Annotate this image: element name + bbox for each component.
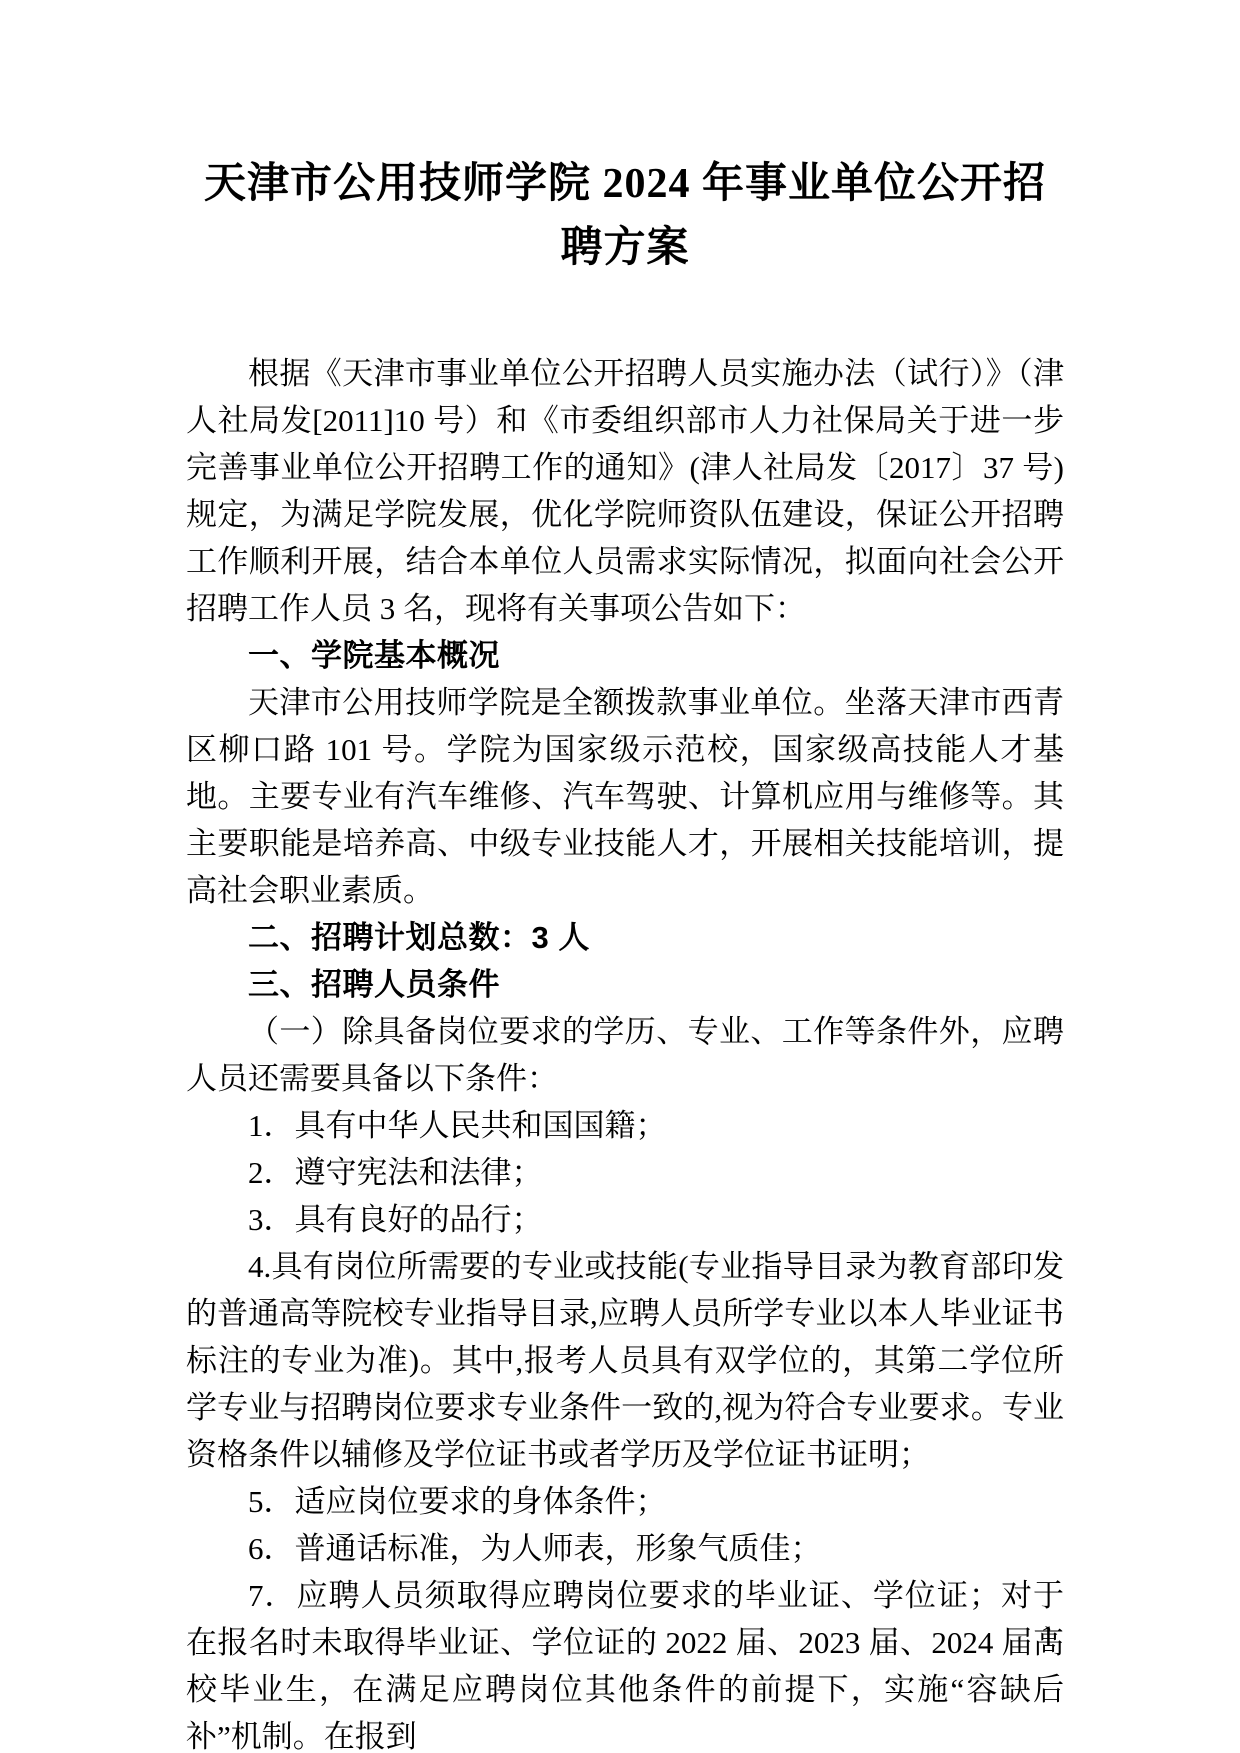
section-heading: 一、学院基本概况 [186,632,1064,679]
paragraph: 根据《天津市事业单位公开招聘人员实施办法（试行）》（津人社局发[2011]10 … [186,350,1064,632]
paragraph: 4.具有岗位所需要的专业或技能(专业指导目录为教育部印发的普通高等院校专业指导目… [186,1243,1064,1478]
paragraph: 5．适应岗位要求的身体条件； [186,1478,1064,1525]
page-number: 1 [1030,1618,1066,1656]
paragraph: 天津市公用技师学院是全额拨款事业单位。坐落天津市西青区柳口路 101 号。学院为… [186,679,1064,914]
document-body: 根据《天津市事业单位公开招聘人员实施办法（试行）》（津人社局发[2011]10 … [186,350,1064,1753]
paragraph: 1．具有中华人民共和国国籍； [186,1102,1064,1149]
paragraph: 3．具有良好的品行； [186,1196,1064,1243]
paragraph: 7．应聘人员须取得应聘岗位要求的毕业证、学位证；对于在报名时未取得毕业证、学位证… [186,1572,1064,1753]
paragraph: 6．普通话标准，为人师表，形象气质佳； [186,1525,1064,1572]
document-content: 天津市公用技师学院 2024 年事业单位公开招聘方案 根据《天津市事业单位公开招… [186,152,1064,1753]
paragraph: （一）除具备岗位要求的学历、专业、工作等条件外，应聘人员还需要具备以下条件： [186,1008,1064,1102]
section-heading: 三、招聘人员条件 [186,961,1064,1008]
document-page: 天津市公用技师学院 2024 年事业单位公开招聘方案 根据《天津市事业单位公开招… [0,0,1240,1753]
paragraph: 2．遵守宪法和法律； [186,1149,1064,1196]
page-title: 天津市公用技师学院 2024 年事业单位公开招聘方案 [186,152,1064,280]
section-heading: 二、招聘计划总数：3 人 [186,914,1064,961]
